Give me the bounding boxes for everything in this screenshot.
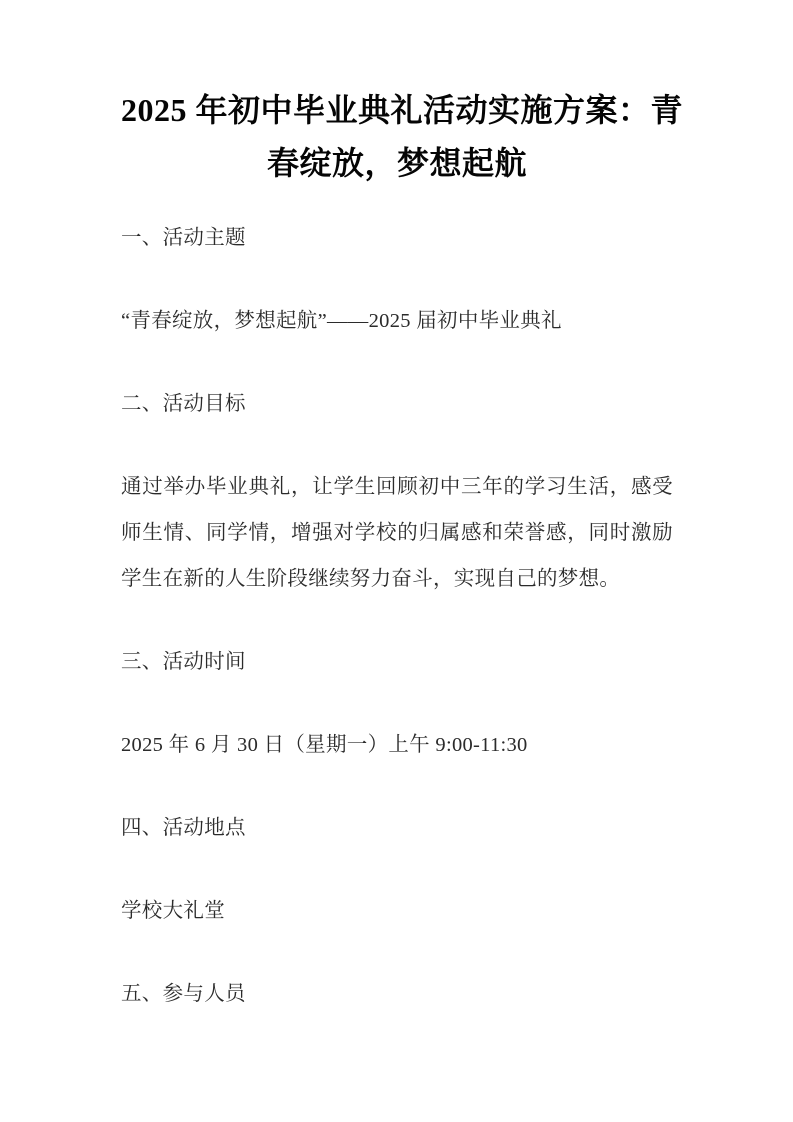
section-activity-time: 三、活动时间 2025 年 6 月 30 日（星期一）上午 9:00-11:30 — [121, 639, 673, 768]
section-activity-goals: 二、活动目标 通过举办毕业典礼，让学生回顾初中三年的学习生活，感受师生情、同学情… — [121, 381, 673, 602]
paragraph: 2025 年 6 月 30 日（星期一）上午 9:00-11:30 — [121, 722, 673, 768]
document-page: 2025 年初中毕业典礼活动实施方案：青 春绽放，梦想起航 一、活动主题 “青春… — [0, 0, 793, 1122]
section-heading: 五、参与人员 — [121, 971, 673, 1017]
section-participants: 五、参与人员 — [121, 971, 673, 1017]
section-heading: 一、活动主题 — [121, 215, 673, 261]
paragraph: 通过举办毕业典礼，让学生回顾初中三年的学习生活，感受师生情、同学情，增强对学校的… — [121, 464, 673, 602]
paragraph: “青春绽放，梦想起航”——2025 届初中毕业典礼 — [121, 298, 673, 344]
section-activity-theme: 一、活动主题 “青春绽放，梦想起航”——2025 届初中毕业典礼 — [121, 215, 673, 344]
section-activity-location: 四、活动地点 学校大礼堂 — [121, 805, 673, 934]
document-title-line-2: 春绽放，梦想起航 — [121, 137, 673, 190]
document-title-line-1: 2025 年初中毕业典礼活动实施方案：青 — [121, 84, 673, 137]
section-heading: 二、活动目标 — [121, 381, 673, 427]
section-heading: 四、活动地点 — [121, 805, 673, 851]
document-title: 2025 年初中毕业典礼活动实施方案：青 春绽放，梦想起航 — [121, 84, 673, 190]
paragraph: 学校大礼堂 — [121, 888, 673, 934]
section-heading: 三、活动时间 — [121, 639, 673, 685]
